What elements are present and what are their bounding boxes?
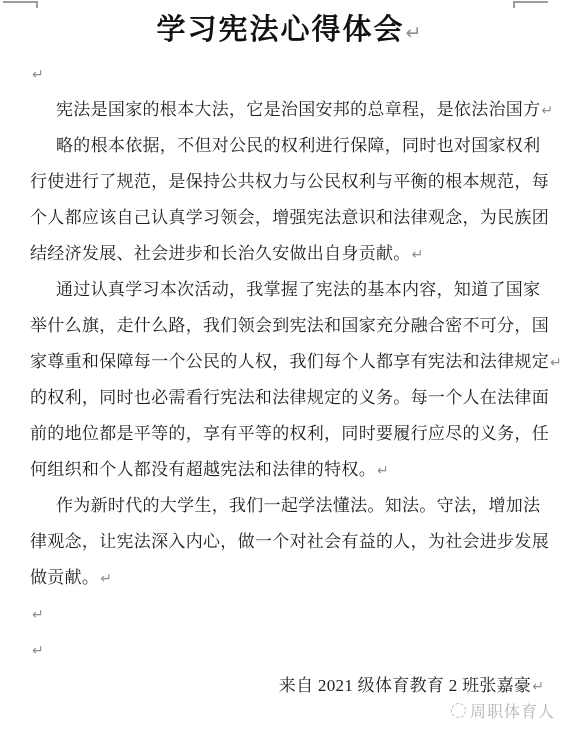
paragraph-mark-icon: ↵ bbox=[377, 463, 389, 479]
text-line: 行使进行了规范，是保持公共权力与公民权利与平衡的根本规范，每 bbox=[30, 164, 548, 200]
line-text: 前的地位都是平等的，享有平等的权利，同时要履行应尽的义务，任 bbox=[30, 424, 549, 443]
line-text: 举什么旗，走什么路，我们领会到宪法和国家充分融合密不可分，国 bbox=[30, 316, 549, 335]
text-line: 结经济发展、社会进步和长治久安做出自身贡献。↵ bbox=[30, 236, 548, 272]
document-title: 学习宪法心得体会↵ bbox=[0, 6, 578, 54]
text-boundary-mark-left-icon bbox=[3, 1, 38, 8]
line-text: 略的根本依据，不但对公民的权利进行保障，同时也对国家权利 bbox=[56, 136, 540, 155]
text-line: 宪法是国家的根本大法，它是治国安邦的总章程，是依法治国方↵ bbox=[30, 92, 548, 128]
paragraph-mark-icon: ↵ bbox=[550, 355, 562, 371]
watermark-text: 周职体育人 bbox=[470, 699, 555, 722]
line-text: 律观念，让宪法深入内心，做一个对社会有益的人，为社会进步发展 bbox=[30, 532, 549, 551]
text-line: 举什么旗，走什么路，我们领会到宪法和国家充分融合密不可分，国 bbox=[30, 308, 548, 344]
empty-paragraph-line: ↵ bbox=[30, 632, 548, 668]
text-line: 家尊重和保障每一个公民的人权，我们每个人都享有宪法和法律规定↵ bbox=[30, 344, 548, 380]
empty-paragraph-line: ↵ bbox=[30, 56, 548, 92]
line-text: 做贡献。 bbox=[30, 568, 99, 587]
line-text: 何组织和个人都没有超越宪法和法律的特权。 bbox=[30, 460, 376, 479]
line-text: 作为新时代的大学生，我们一起学法懂法。知法。守法，增加法 bbox=[56, 496, 540, 515]
line-text: 来自 2021 级体育教育 2 班张嘉豪 bbox=[279, 676, 532, 695]
text-line: 个人都应该自己认真学习领会，增强宪法意识和法律观念，为民族团 bbox=[30, 200, 548, 236]
line-text: 行使进行了规范，是保持公共权力与公民权利与平衡的根本规范，每 bbox=[30, 172, 549, 191]
text-line: 通过认真学习本次活动，我掌握了宪法的基本内容，知道了国家 bbox=[30, 272, 548, 308]
text-line: 前的地位都是平等的，享有平等的权利，同时要履行应尽的义务，任 bbox=[30, 416, 548, 452]
line-text: 个人都应该自己认真学习领会，增强宪法意识和法律观念，为民族团 bbox=[30, 208, 549, 227]
paragraph-mark-icon: ↵ bbox=[32, 67, 44, 83]
line-text: 家尊重和保障每一个公民的人权，我们每个人都享有宪法和法律规定 bbox=[30, 352, 549, 371]
document-title-text: 学习宪法心得体会 bbox=[157, 14, 405, 46]
paragraph-mark-icon: ↵ bbox=[32, 643, 44, 659]
text-boundary-mark-right-icon bbox=[513, 1, 548, 8]
text-area: ↵宪法是国家的根本大法，它是治国安邦的总章程，是依法治国方↵略的根本依据，不但对… bbox=[0, 56, 578, 704]
paragraph-mark-icon: ↵ bbox=[406, 22, 422, 44]
text-line: 略的根本依据，不但对公民的权利进行保障，同时也对国家权利 bbox=[30, 128, 548, 164]
paragraph-mark-icon: ↵ bbox=[32, 607, 44, 623]
paragraph-mark-icon: ↵ bbox=[541, 103, 553, 119]
text-line: 做贡献。↵ bbox=[30, 560, 548, 596]
text-line: 的权利，同时也必需看行宪法和法律规定的义务。每一个人在法律面 bbox=[30, 380, 548, 416]
line-text: 结经济发展、社会进步和长治久安做出自身贡献。 bbox=[30, 244, 411, 263]
text-line: 何组织和个人都没有超越宪法和法律的特权。↵ bbox=[30, 452, 548, 488]
paragraph-mark-icon: ↵ bbox=[100, 571, 112, 587]
document-page: 学习宪法心得体会↵ ↵宪法是国家的根本大法，它是治国安邦的总章程，是依法治国方↵… bbox=[0, 0, 578, 733]
line-text: 通过认真学习本次活动，我掌握了宪法的基本内容，知道了国家 bbox=[56, 280, 540, 299]
text-line: 作为新时代的大学生，我们一起学法懂法。知法。守法，增加法 bbox=[30, 488, 548, 524]
watermark: 周职体育人 bbox=[451, 699, 555, 722]
line-text: 的权利，同时也必需看行宪法和法律规定的义务。每一个人在法律面 bbox=[30, 388, 549, 407]
watermark-logo-icon bbox=[449, 701, 468, 720]
empty-paragraph-line: ↵ bbox=[30, 596, 548, 632]
text-line: 律观念，让宪法深入内心，做一个对社会有益的人，为社会进步发展 bbox=[30, 524, 548, 560]
line-text: 宪法是国家的根本大法，它是治国安邦的总章程，是依法治国方 bbox=[56, 100, 540, 119]
paragraph-mark-icon: ↵ bbox=[532, 679, 544, 695]
paragraph-mark-icon: ↵ bbox=[412, 247, 424, 263]
